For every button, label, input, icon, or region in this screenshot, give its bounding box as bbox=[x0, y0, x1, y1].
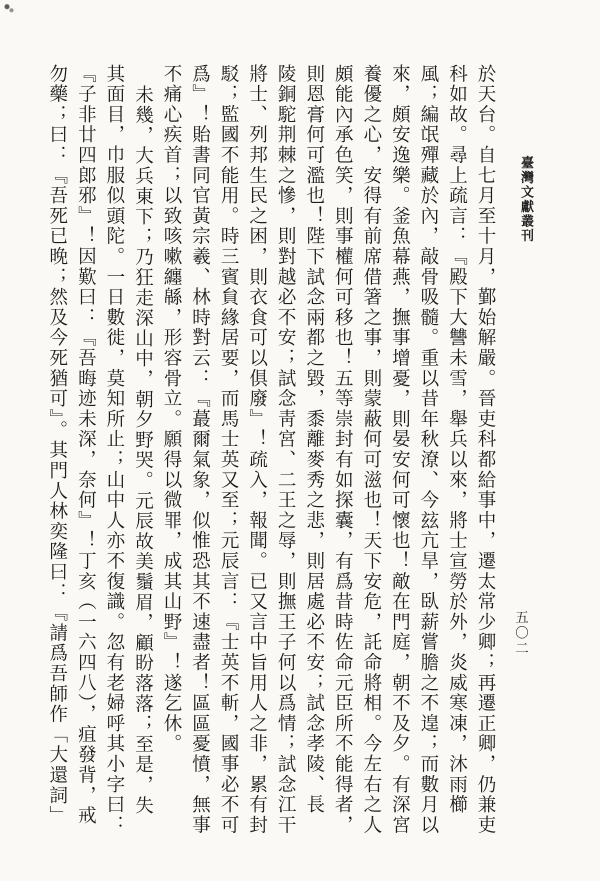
text-column: 駁；監國不能用。時三賓貟緣居要，而馬士英又至；元辰言：『士英不斬，國事必不可 bbox=[214, 64, 243, 842]
text-column: 『子非廿四郎邪』！因歎曰：『吾晦迹未深，奈何』！丁亥（一六四八），疽發背，戒 bbox=[71, 64, 100, 842]
page-number: 五〇二 bbox=[510, 610, 530, 657]
scan-artifact bbox=[4, 4, 14, 13]
text-column: 養優之心，安得有前席借箸之事，則蒙蔽何可滋也！天下安危，託命將相。今左右之人 bbox=[356, 64, 385, 842]
text-column: 科如故。尋上疏言：『殿下大讐未雪，舉兵以來，將士宣勞於外，炎威寒凍，沐雨櫛 bbox=[442, 64, 471, 842]
text-column-paragraph-start: 未幾，大兵東下；乃狂走深山中，朝夕野哭。元辰故美鬚眉，顧盼落落；至是，失 bbox=[128, 64, 157, 863]
text-column: 將士、列邦生民之困，則衣食可以俱廢』！疏入，報聞。已又言中旨用人之非，累有封 bbox=[242, 64, 271, 842]
text-column: 不痛心疾首；以致咳嗽纏緜，形容骨立。願得以微罪，成其山野』！遂乞休。 bbox=[156, 64, 185, 842]
text-column: 頗能內承色笑，則事權何可移也！五等崇封有如探囊，有爲昔時佐命元臣所不能得者， bbox=[328, 64, 357, 842]
text-column: 風；編氓殫藏於內，敲骨吸髓。重以昔年秋潦、今玆亢旱，臥薪嘗膽之不遑；而數月以 bbox=[413, 64, 442, 842]
text-column: 其面目，巾服似頭陀。一日數徙，莫知所止；山中人亦不復識。忽有老婦呼其小字曰： bbox=[99, 64, 128, 842]
text-body: 於天台。自七月至十月，鄞始解嚴。晉吏科都給事中，遷太常少卿；再遷正卿，仍兼吏 科… bbox=[42, 64, 499, 842]
book-page: 臺灣文獻叢刊 五〇二 於天台。自七月至十月，鄞始解嚴。晉吏科都給事中，遷太常少卿… bbox=[0, 0, 600, 881]
series-title: 臺灣文獻叢刊 bbox=[517, 156, 536, 243]
text-column: 爲』！貽書同官黃宗羲、林時對云：『蕞爾氣象，似惟恐其不速盡者！區區憂憤，無事 bbox=[185, 64, 214, 842]
text-column: 於天台。自七月至十月，鄞始解嚴。晉吏科都給事中，遷太常少卿；再遷正卿，仍兼吏 bbox=[470, 64, 499, 842]
text-column: 來，頗安逸樂。釜魚幕燕，撫事增憂，則晏安何可懷也！敵在門庭，朝不及夕。有深宮 bbox=[385, 64, 414, 842]
text-column: 則恩膏何可濫也！陛下試念兩都之毀，黍離麥秀之悲，則居處必不安；試念孝陵、長 bbox=[299, 64, 328, 842]
text-column: 勿藥；曰：『吾死已晚；然及今死猶可』。其門人林奕隆曰：『請爲吾師作「大還詞」 bbox=[42, 64, 71, 842]
text-column: 陵銅駝荆棘之慘，則對越必不安；試念靑宮、二王之辱，則撫王子何以爲情；試念江干 bbox=[271, 64, 300, 842]
